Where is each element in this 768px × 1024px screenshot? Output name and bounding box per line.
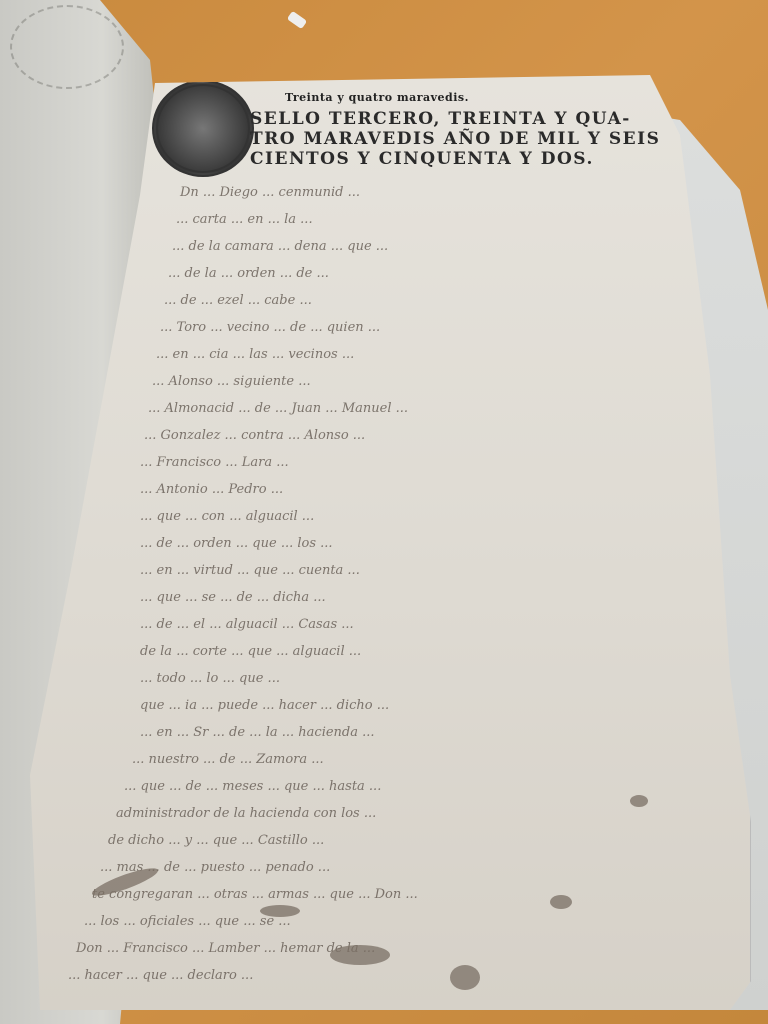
handwritten-line: ... que ... se ... de ... dicha ... [140,590,326,605]
handwritten-line: que ... ia ... puede ... hacer ... dicho… [140,698,389,713]
stamp-line-3: CIENTOS Y CINQUENTA Y DOS. [250,149,594,169]
handwritten-line: te congregaran ... otras ... armas ... q… [92,887,418,902]
handwritten-line: Dn ... Diego ... cenmunid ... [180,185,360,200]
handwritten-line: ... los ... oficiales ... que ... se ... [84,914,291,929]
handwritten-line: ... en ... virtud ... que ... cuenta ... [140,563,360,578]
stamp-top-line: Treinta y quatro maravedis. [285,91,469,104]
worm-hole [260,905,300,917]
handwritten-line: ... todo ... lo ... que ... [140,671,280,686]
handwritten-line: ... carta ... en ... la ... [176,212,313,227]
handwritten-line: ... de ... el ... alguacil ... Casas ... [140,617,354,632]
royal-seal-icon [152,80,254,177]
worm-hole [330,945,390,965]
left-page-faded-seal [10,5,124,89]
handwritten-line: ... de la camara ... dena ... que ... [172,239,388,254]
handwritten-line: de dicho ... y ... que ... Castillo ... [108,833,324,848]
handwritten-line: ... hacer ... que ... declaro ... [68,968,253,983]
handwritten-line: ... Antonio ... Pedro ... [140,482,283,497]
handwritten-line: ... Almonacid ... de ... Juan ... Manuel… [148,401,408,416]
handwritten-line: ... Gonzalez ... contra ... Alonso ... [144,428,365,443]
worm-hole [450,965,480,990]
handwritten-line: ... Toro ... vecino ... de ... quien ... [160,320,380,335]
manuscript-page: Treinta y quatro maravedis. SELLO TERCER… [30,75,750,1010]
handwritten-line: ... de ... ezel ... cabe ... [164,293,312,308]
worm-hole [550,895,572,909]
handwritten-line: de la ... corte ... que ... alguacil ... [140,644,361,659]
handwritten-line: ... en ... cia ... las ... vecinos ... [156,347,354,362]
handwritten-line: ... de la ... orden ... de ... [168,266,329,281]
stamp-line-2: TRO MARAVEDIS AÑO DE MIL Y SEIS [250,129,660,149]
handwritten-line: ... que ... de ... meses ... que ... has… [124,779,381,794]
paper-fragment [287,11,307,30]
handwritten-line: ... nuestro ... de ... Zamora ... [132,752,324,767]
handwritten-line: ... en ... Sr ... de ... la ... hacienda… [140,725,375,740]
handwritten-line: administrador de la hacienda con los ... [116,806,376,821]
handwritten-line: ... Alonso ... siguiente ... [152,374,311,389]
handwritten-line: ... Francisco ... Lara ... [140,455,289,470]
stamp-line-1: SELLO TERCERO, TREINTA Y QUA- [250,109,631,129]
worm-hole [630,795,648,807]
handwritten-line: ... que ... con ... alguacil ... [140,509,314,524]
handwritten-line: ... de ... orden ... que ... los ... [140,536,333,551]
